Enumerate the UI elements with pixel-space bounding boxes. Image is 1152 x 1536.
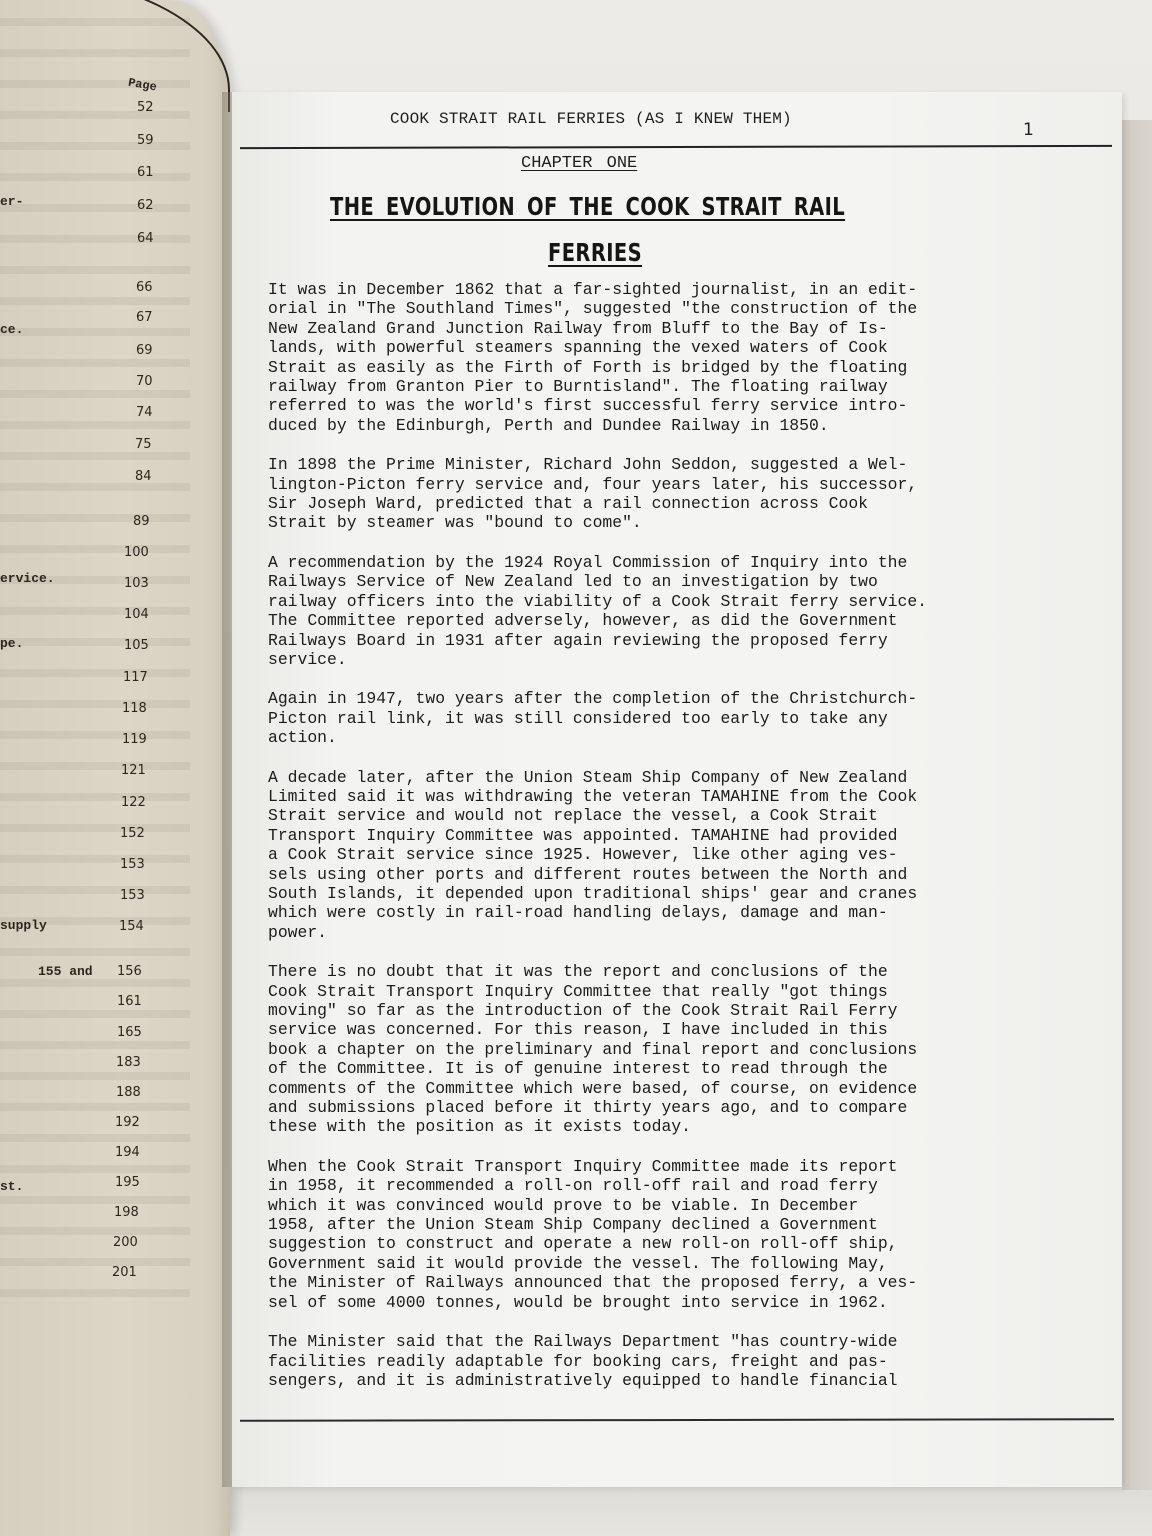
- toc-page-number: 121: [121, 763, 146, 778]
- toc-page-number: 200: [113, 1235, 138, 1250]
- toc-page-number: 74: [136, 405, 153, 420]
- toc-page-number: 156: [117, 964, 142, 979]
- toc-page-number: 188: [116, 1085, 141, 1100]
- toc-page-number: 61: [137, 165, 154, 180]
- paragraph: A decade later, after the Union Steam Sh…: [268, 768, 1068, 943]
- toc-page-number: 192: [115, 1115, 140, 1130]
- toc-page-number: 183: [116, 1055, 141, 1070]
- toc-entry-fragment: st.: [0, 1179, 23, 1194]
- chapter-title-line-1: THE EVOLUTION OF THE COOK STRAIT RAIL: [330, 192, 845, 221]
- toc-page-number: 52: [137, 100, 154, 115]
- toc-entry-fragment: er-: [0, 194, 23, 209]
- toc-entry-fragment: supply: [0, 918, 47, 933]
- toc-page-number: 165: [117, 1025, 142, 1040]
- toc-page-number: 64: [137, 231, 154, 246]
- toc-page-number: 69: [136, 343, 153, 358]
- toc-page-number: 153: [120, 857, 145, 872]
- chapter-label: CHAPTER ONE: [521, 154, 637, 173]
- paragraph: A recommendation by the 1924 Royal Commi…: [268, 553, 1068, 669]
- toc-page-number: 62: [137, 198, 154, 213]
- paragraph: There is no doubt that it was the report…: [268, 962, 1068, 1137]
- toc-page-number: 161: [117, 994, 142, 1009]
- toc-page-number: 105: [124, 638, 149, 653]
- chapter-body: It was in December 1862 that a far-sight…: [268, 280, 1068, 1410]
- toc-page-number: 153: [120, 888, 145, 903]
- paragraph: In 1898 the Prime Minister, Richard John…: [268, 455, 1068, 533]
- toc-page-number: 100: [124, 545, 149, 560]
- toc-page-number: 70: [136, 374, 153, 389]
- toc-page-number: 194: [115, 1145, 140, 1160]
- show-through-text: [0, 0, 190, 1300]
- toc-entry-fragment: 155 and: [38, 964, 93, 979]
- page-number: 1: [1023, 120, 1034, 140]
- toc-page-number: 118: [122, 701, 147, 716]
- paragraph: The Minister said that the Railways Depa…: [268, 1332, 1068, 1390]
- toc-page-number: 67: [136, 310, 153, 325]
- toc-page-number: 152: [120, 826, 145, 841]
- toc-page-number: 89: [133, 514, 150, 529]
- toc-entry-fragment: ce.: [0, 322, 23, 337]
- toc-page-number: 103: [124, 576, 149, 591]
- paragraph: When the Cook Strait Transport Inquiry C…: [268, 1157, 1068, 1312]
- toc-page-number: 117: [123, 670, 148, 685]
- paragraph: It was in December 1862 that a far-sight…: [268, 280, 1068, 435]
- toc-page-number: 201: [112, 1265, 137, 1280]
- toc-entry-fragment: ervice.: [0, 571, 55, 586]
- toc-page-number: 122: [121, 795, 146, 810]
- toc-page-number: 119: [122, 732, 147, 747]
- toc-entry-fragment: pe.: [0, 636, 23, 651]
- toc-page-number: 154: [119, 919, 144, 934]
- running-head: COOK STRAIT RAIL FERRIES (AS I KNEW THEM…: [390, 110, 792, 128]
- paragraph: Again in 1947, two years after the compl…: [268, 689, 1068, 747]
- toc-page-number: 195: [115, 1175, 140, 1190]
- toc-page-number: 104: [124, 607, 149, 622]
- toc-page-number: 84: [135, 469, 152, 484]
- left-page: [0, 0, 230, 1536]
- toc-page-number: 59: [137, 133, 154, 148]
- chapter-title-line-2: FERRIES: [548, 238, 642, 267]
- toc-page-number: 75: [135, 437, 152, 452]
- toc-page-number: 66: [136, 280, 153, 295]
- page-stack-edge: [1122, 120, 1152, 1490]
- toc-page-number: 198: [114, 1205, 139, 1220]
